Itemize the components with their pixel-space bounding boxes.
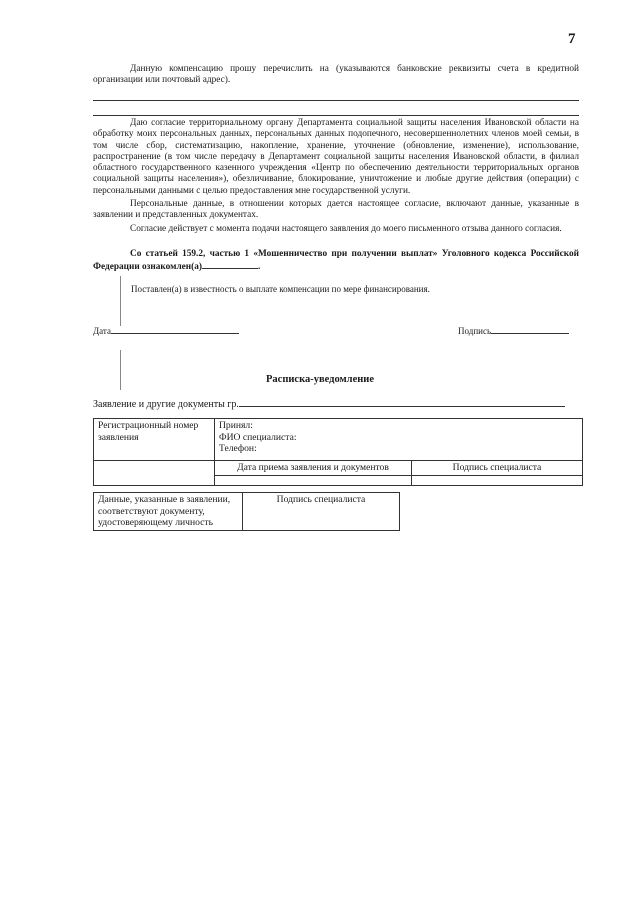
date-field-row: Дата: [93, 325, 239, 336]
reg-number-value-cell[interactable]: [94, 461, 215, 486]
date-received-value-cell[interactable]: [215, 475, 412, 485]
fraud-article-paragraph: Со статьей 159.2, частью 1 «Мошенничеств…: [93, 249, 579, 274]
compensation-request-paragraph: Данную компенсацию прошу перечислить на …: [93, 64, 579, 87]
consent-paragraph-3: Согласие действует с момента подачи наст…: [93, 224, 579, 235]
bank-details-line-2[interactable]: [93, 115, 579, 116]
consent-paragraph-1: Даю согласие территориальному органу Деп…: [93, 118, 579, 197]
margin-mark: [120, 276, 121, 326]
accepted-by-cell: Принял: ФИО специалиста: Телефон:: [215, 419, 583, 461]
reg-number-label-cell: Регистрационный номер заявления: [94, 419, 215, 461]
page-number: 7: [568, 31, 576, 48]
consent-text-2: Персональные данные, в отношении которых…: [93, 199, 579, 220]
signature-field-row: Подпись: [458, 325, 569, 336]
identity-check-table: Данные, указанные в заявлении, соответст…: [93, 492, 400, 531]
acknowledged-signature-field[interactable]: [202, 260, 258, 269]
informed-text: Поставлен(а) в известность о выплате ком…: [131, 284, 430, 294]
specialist-signature-value-cell[interactable]: [412, 475, 583, 485]
fraud-article-text: Со статьей 159.2, частью 1 «Мошенничеств…: [93, 249, 579, 272]
data-match-label-cell: Данные, указанные в заявлении, соответст…: [94, 493, 243, 531]
document-page: 7 Данную компенсацию прошу перечислить н…: [0, 0, 640, 905]
signature-input-line[interactable]: [491, 325, 569, 334]
specialist-name-label: ФИО специалиста:: [219, 432, 578, 444]
consent-paragraph-2: Персональные данные, в отношении которых…: [93, 199, 579, 222]
date-received-header: Дата приема заявления и документов: [215, 461, 412, 476]
identity-signature-cell[interactable]: Подпись специалиста: [243, 493, 400, 531]
phone-label: Телефон:: [219, 443, 578, 455]
specialist-signature-header: Подпись специалиста: [412, 461, 583, 476]
accepted-label: Принял:: [219, 420, 578, 432]
compensation-request-text: Данную компенсацию прошу перечислить на …: [93, 64, 579, 85]
signature-label: Подпись: [458, 326, 491, 336]
documents-label: Заявление и другие документы гр.: [93, 399, 239, 410]
date-label: Дата: [93, 326, 111, 336]
citizen-name-line[interactable]: [239, 398, 565, 407]
consent-text-1: Даю согласие территориальному органу Деп…: [93, 118, 579, 196]
date-input-line[interactable]: [111, 325, 239, 334]
documents-received-row: Заявление и другие документы гр.: [93, 398, 583, 410]
consent-text-3: Согласие действует с момента подачи наст…: [130, 224, 562, 234]
receipt-table: Регистрационный номер заявления Принял: …: [93, 418, 583, 486]
bank-details-line-1[interactable]: [93, 100, 579, 101]
receipt-title: Расписка-уведомление: [0, 374, 640, 385]
